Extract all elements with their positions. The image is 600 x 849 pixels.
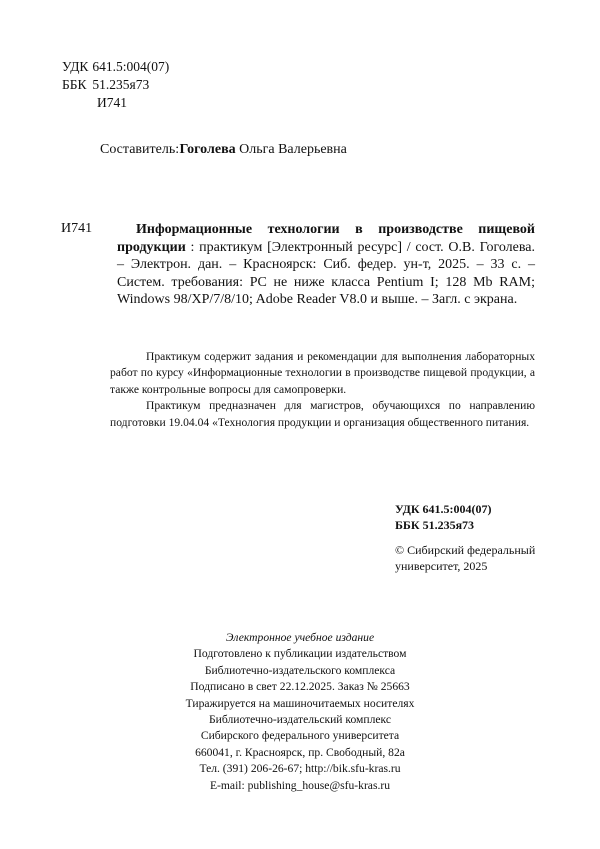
bbk-row: ББК 51.235я73 [62,76,169,94]
imprint-address: 660041, г. Красноярск, пр. Свободный, 82… [150,745,450,761]
imprint-line: Тиражируется на машиночитаемых носителях [150,696,450,712]
bib-text: Информационные технологии в производстве… [117,221,535,309]
annotation-paragraph: Практикум предназначен для магистров, об… [110,398,535,431]
bbk-value: 51.235я73 [92,77,149,92]
author-mark: И741 [62,94,169,112]
compiler-label: Составитель: [100,142,176,158]
compiler-surname: Гоголева [180,142,236,157]
edition-type: Электронное учебное издание [150,630,450,646]
imprint-line: Библиотечно-издательский комплекс [150,712,450,728]
udk-label: УДК [62,58,89,76]
copyright-line: © Сибирский федеральный [395,542,535,558]
imprint-line: Библиотечно-издательского комплекса [150,663,450,679]
bbk-code: ББК 51.235я73 [395,517,492,533]
bibliographic-record: Информационные технологии в производстве… [117,221,535,309]
udk-value: 641.5:004(07) [92,59,169,74]
bib-author-mark: И741 [61,221,92,237]
copyright-line: университет, 2025 [395,558,535,574]
annotation-paragraph: Практикум содержит задания и рекомендаци… [110,349,535,398]
bbk-label: ББК [62,76,89,94]
compiler-line: Составитель: Гоголева Ольга Валерьевна [100,142,347,158]
imprint-line: Подписано в свет 22.12.2025. Заказ № 256… [150,679,450,695]
copyright: © Сибирский федеральный университет, 202… [395,542,535,574]
udk-row: УДК 641.5:004(07) [62,58,169,76]
annotation: Практикум содержит задания и рекомендаци… [110,349,535,431]
imprint-phone-link: Тел. (391) 206-26-67; http://bik.sfu-kra… [150,761,450,777]
imprint: Электронное учебное издание Подготовлено… [150,630,450,794]
compiler-name: Ольга Валерьевна [239,142,347,157]
classification-codes: УДК 641.5:004(07) ББК 51.235я73 И741 [62,58,169,112]
right-classification-codes: УДК 641.5:004(07) ББК 51.235я73 [395,501,492,533]
imprint-email: E-mail: publishing_house@sfu-kras.ru [150,778,450,794]
udk-code: УДК 641.5:004(07) [395,501,492,517]
imprint-line: Подготовлено к публикации издательством [150,646,450,662]
imprint-line: Сибирского федерального университета [150,728,450,744]
